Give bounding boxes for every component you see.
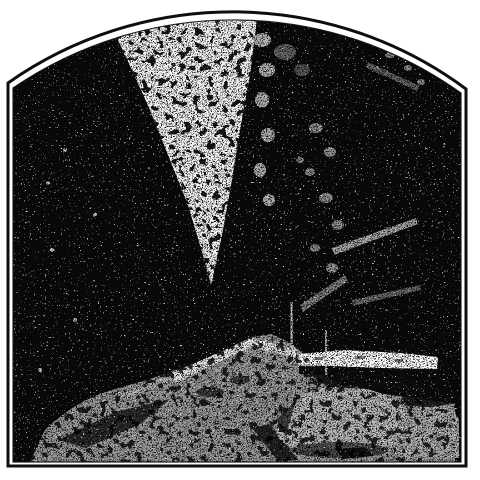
photo-content [0,0,480,480]
halftone-photo-svg [0,0,480,480]
black-grain-overlay [0,0,480,480]
book-plate-page [0,0,480,480]
